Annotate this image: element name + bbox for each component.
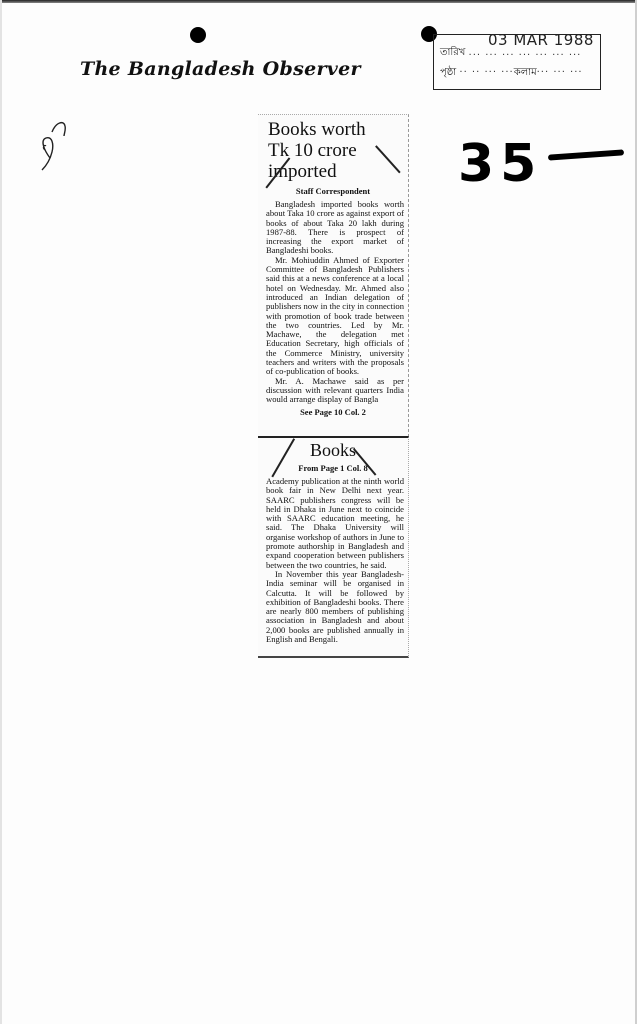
stamp-dots: ... ... ... ... ... ... ... (469, 47, 582, 58)
article-headline: Books worth Tk 10 crore imported (268, 119, 408, 182)
stamp-column-label: কলাম (514, 67, 537, 78)
handwritten-mark-icon (38, 118, 78, 178)
stamp-date-label: তারিখ (440, 47, 465, 58)
news-clipping-continued: Books From Page 1 Col. 8 Academy publica… (258, 436, 409, 658)
date-stamp: 03 MAR 1988 তারিখ ... ... ... ... ... ..… (433, 34, 601, 90)
article-body: Bangladesh imported books worth about Ta… (266, 200, 404, 405)
stamp-page-label: পৃষ্ঠা (440, 67, 456, 78)
paragraph: Academy publication at the ninth world b… (266, 477, 404, 570)
continuation-note: See Page 10 Col. 2 (258, 407, 408, 417)
paragraph: Mr. Mohiuddin Ahmed of Exporter Committe… (266, 256, 404, 377)
headline-line: Books worth (268, 119, 408, 140)
paragraph: In November this year Bangladesh-India s… (266, 570, 404, 644)
from-page-note: From Page 1 Col. 8 (258, 463, 408, 473)
handwritten-number: 35 (458, 138, 542, 190)
scan-left-edge (0, 0, 2, 1024)
scan-top-edge (0, 0, 637, 3)
headline-line: imported (268, 161, 408, 182)
continued-body: Academy publication at the ninth world b… (266, 477, 404, 644)
punch-hole (190, 27, 206, 43)
stamp-page-row: পৃষ্ঠা ·· ·· ··· ···কলাম··· ··· ··· (440, 65, 583, 82)
stamp-date-row: তারিখ ... ... ... ... ... ... ... (440, 45, 581, 62)
handwritten-dash (548, 149, 624, 160)
news-clipping: Books worth Tk 10 crore imported Staff C… (258, 114, 409, 437)
paragraph: Bangladesh imported books worth about Ta… (266, 200, 404, 256)
newspaper-masthead: The Bangladesh Observer (80, 58, 361, 80)
paragraph: Mr. A. Machawe said as per discussion wi… (266, 377, 404, 405)
byline: Staff Correspondent (258, 186, 408, 196)
